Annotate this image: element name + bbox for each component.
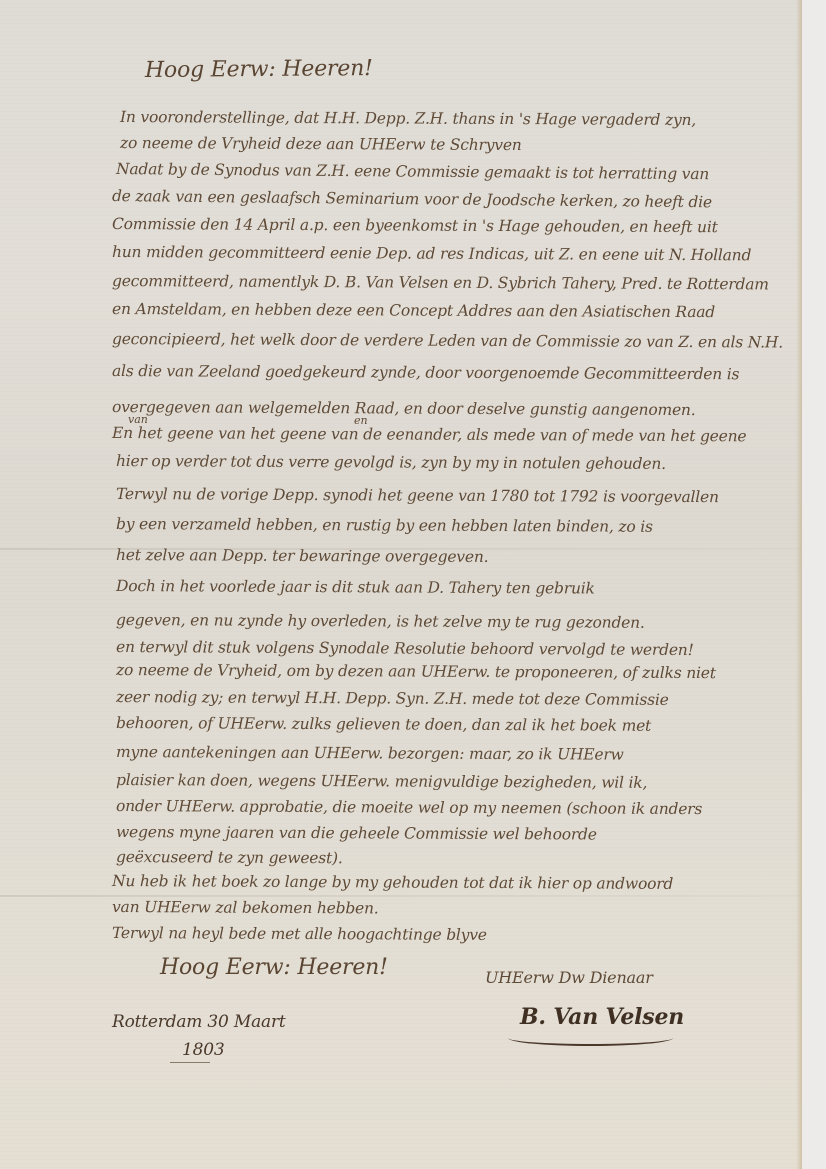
year: 1803 [182,1040,224,1060]
body-line: Terwyl na heyl bede met alle hoogachting… [112,924,487,944]
body-line: onder UHEerw. approbatie, die moeite wel… [116,797,702,818]
body-line: gegeven, en nu zynde hy overleden, is he… [116,611,645,632]
body-line: geconcipieerd, het welk door de verdere … [112,330,783,352]
body-line: by een verzameld hebben, en rustig by ee… [116,515,653,536]
body-line: Nu heb ik het boek zo lange by my gehoud… [112,872,673,893]
body-line: van UHEerw zal bekomen hebben. [112,898,379,917]
closing-salutation: Hoog Eerw: Heeren! [160,955,388,980]
body-line: als die van Zeeland goedgekeurd zynde, d… [112,362,739,383]
body-line: hun midden gecommitteerd eenie Dep. ad r… [112,243,751,264]
paper-fold [0,895,802,897]
body-line: plaisier kan doen, wegens UHEerw. menigv… [116,771,647,792]
body-line: overgegeven aan welgemelden Raad, en doo… [112,398,696,419]
body-line: wegens myne jaaren van die geheele Commi… [116,823,597,844]
scan-margin [802,0,826,1169]
signature-flourish [508,1030,673,1046]
body-line: behooren, of UHEerw. zulks gelieven te d… [116,714,651,735]
closing-phrase: UHEerw Dw Dienaar [485,968,653,987]
body-line: myne aantekeningen aan UHEerw. bezorgen:… [116,743,624,764]
body-line: zo neeme de Vryheid, om by dezen aan UHE… [116,661,716,682]
body-line: en Amsteldam, en hebben deze een Concept… [112,300,715,321]
body-line: En het geene van het geene van de eenand… [112,424,746,445]
body-line: Commissie den 14 April a.p. een byeenkom… [112,215,718,236]
body-line: zeer nodig zy; en terwyl H.H. Depp. Syn.… [116,688,669,709]
place-date: Rotterdam 30 Maart [112,1012,286,1032]
body-line: hier op verder tot dus verre gevolgd is,… [116,452,666,473]
body-line: In vooronderstellinge, dat H.H. Depp. Z.… [120,108,696,129]
body-line: zo neeme de Vryheid deze aan UHEerw te S… [120,134,522,154]
body-line: het zelve aan Depp. ter bewaringe overge… [116,546,488,566]
salutation: Hoog Eerw: Heeren! [145,56,373,83]
signature: B. Van Velsen [520,1004,684,1030]
date-underline [170,1062,210,1063]
body-line: en terwyl dit stuk volgens Synodale Reso… [116,638,694,659]
body-line: geëxcuseerd te zyn geweest). [116,848,343,867]
body-line: Terwyl nu de vorige Depp. synodi het gee… [116,485,719,506]
body-line: gecommitteerd, namentlyk D. B. Van Velse… [112,272,769,293]
body-line: Doch in het voorlede jaar is dit stuk aa… [116,577,595,598]
